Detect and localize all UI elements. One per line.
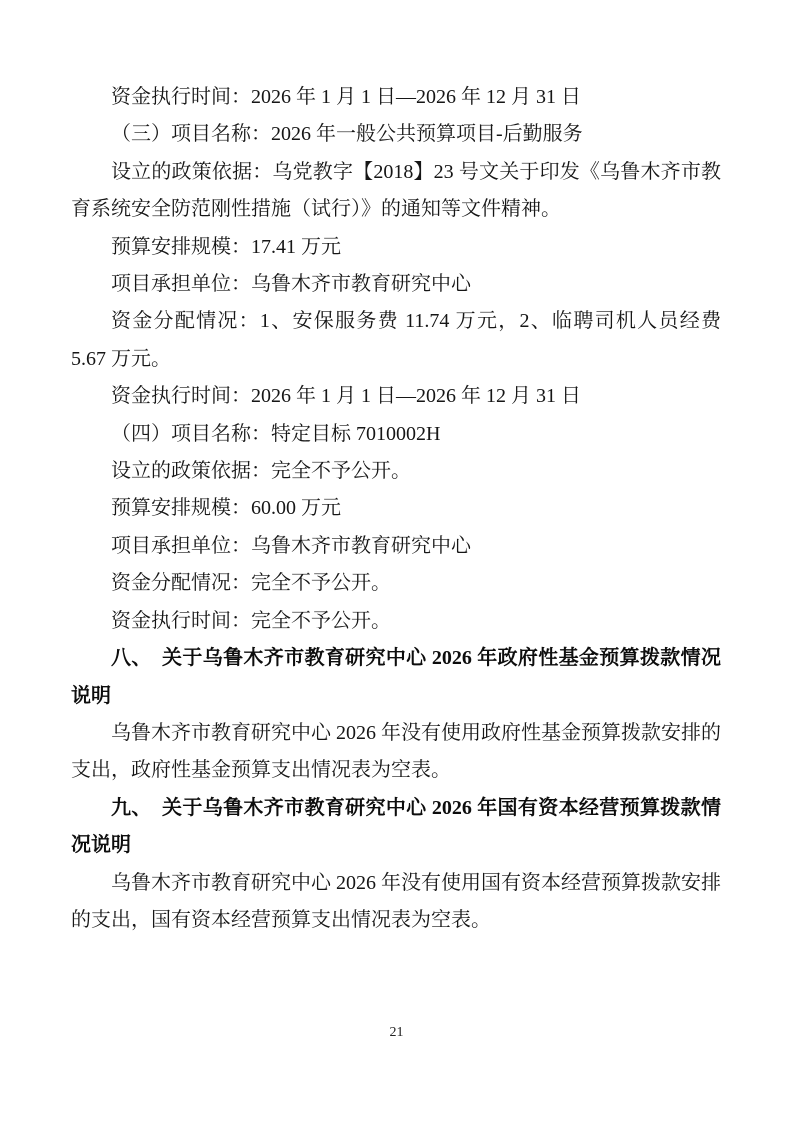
document-page: 资金执行时间：2026 年 1 月 1 日—2026 年 12 月 31 日（三… [0, 0, 793, 1122]
paragraph: 资金执行时间：2026 年 1 月 1 日—2026 年 12 月 31 日 [71, 378, 721, 415]
paragraph: 乌鲁木齐市教育研究中心 2026 年没有使用国有资本经营预算拨款安排的支出，国有… [71, 865, 721, 940]
paragraph: 资金分配情况：完全不予公开。 [71, 565, 721, 602]
paragraph: 乌鲁木齐市教育研究中心 2026 年没有使用政府性基金预算拨款安排的支出，政府性… [71, 715, 721, 790]
paragraph: 预算安排规模：17.41 万元 [71, 229, 721, 266]
paragraph: 项目承担单位：乌鲁木齐市教育研究中心 [71, 266, 721, 303]
paragraph: 设立的政策依据：完全不予公开。 [71, 453, 721, 490]
paragraph: 资金分配情况：1、安保服务费 11.74 万元，2、临聘司机人员经费 5.67 … [71, 303, 721, 378]
paragraph: 预算安排规模：60.00 万元 [71, 490, 721, 527]
paragraph: （四）项目名称：特定目标 7010002H [71, 416, 721, 453]
paragraph: 设立的政策依据：乌党教字【2018】23 号文关于印发《乌鲁木齐市教育系统安全防… [71, 154, 721, 229]
section-heading: 九、 关于乌鲁木齐市教育研究中心 2026 年国有资本经营预算拨款情况说明 [71, 790, 721, 865]
paragraph: 资金执行时间：2026 年 1 月 1 日—2026 年 12 月 31 日 [71, 79, 721, 116]
paragraph: 项目承担单位：乌鲁木齐市教育研究中心 [71, 528, 721, 565]
paragraph: （三）项目名称：2026 年一般公共预算项目-后勤服务 [71, 116, 721, 153]
section-heading: 八、 关于乌鲁木齐市教育研究中心 2026 年政府性基金预算拨款情况说明 [71, 640, 721, 715]
page-number: 21 [0, 1024, 793, 1042]
paragraph: 资金执行时间：完全不予公开。 [71, 603, 721, 640]
document-body: 资金执行时间：2026 年 1 月 1 日—2026 年 12 月 31 日（三… [71, 79, 721, 939]
